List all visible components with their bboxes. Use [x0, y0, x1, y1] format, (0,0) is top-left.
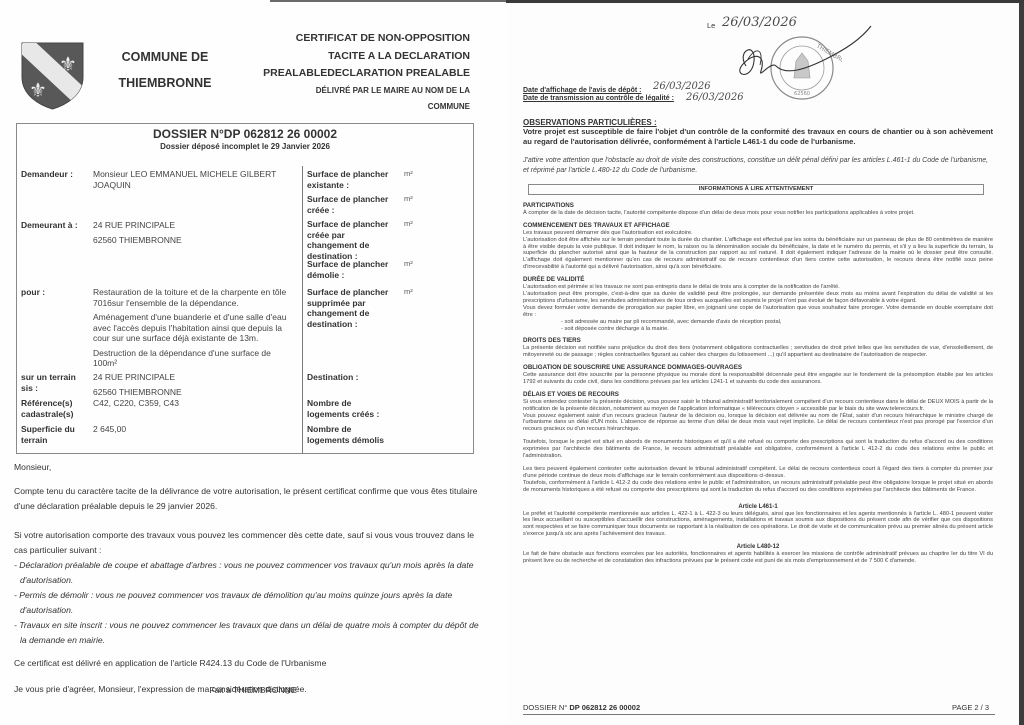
- label-pour: pour :: [21, 287, 91, 298]
- label-terrain: sur un terrain sis :: [21, 372, 81, 393]
- date-label: Le: [707, 21, 715, 30]
- value-pour: Restauration de la toiture et de la char…: [93, 287, 295, 373]
- section-title-assurance: OBLIGATION DE SOUSCRIRE UNE ASSURANCE DO…: [523, 365, 993, 372]
- page-number: PAGE 2 / 3: [952, 703, 989, 712]
- svg-text:62560: 62560: [794, 91, 810, 97]
- label-demeurant: Demeurant à :: [21, 220, 91, 231]
- section-title-validite: DURÉE DE VALIDITÉ: [523, 277, 993, 284]
- certificate-page-2: Le 26/03/2026 62560 THIEMBRONNE Date d'a…: [506, 0, 1024, 725]
- information-sections: PARTICIPATIONS À compter de la date de d…: [523, 203, 993, 565]
- section-title-recours: DÉLAIS ET VOIES DE RECOURS: [523, 392, 993, 399]
- case-abattage: - Déclaration préalable de coupe et abat…: [14, 558, 482, 588]
- coat-of-arms-icon: ⚜ ⚜: [20, 41, 85, 111]
- article-l480-12-title: Article L480-12: [523, 544, 993, 551]
- affichage-date-label: Date d'affichage de l'avis de dépôt :: [523, 87, 641, 94]
- column-divider: [302, 166, 303, 454]
- footer-dossier-number: DP 062812 26 00002: [569, 703, 640, 712]
- paragraph-tacit: Compte tenu du caractère tacite de la dé…: [14, 484, 482, 514]
- value-demeurant: 24 RUE PRINCIPALE 62560 THIEMBRONNE: [93, 220, 293, 249]
- label-destination: Destination :: [307, 372, 397, 383]
- paragraph-works: Si votre autorisation comporte des trava…: [14, 528, 482, 558]
- unit-surface-supprimee: m²: [404, 287, 413, 296]
- label-surface-creee: Surface de plancher créée :: [307, 194, 395, 215]
- unit-surface-changement: m²: [404, 219, 413, 228]
- value-terrain: 24 RUE PRINCIPALE 62560 THIEMBRONNE: [93, 372, 293, 401]
- label-superficie: Superficie du terrain: [21, 424, 81, 445]
- unit-surface-existante: m²: [404, 169, 413, 178]
- transmission-date-value: 26/03/2026: [686, 92, 744, 103]
- svg-text:⚜: ⚜: [29, 78, 47, 102]
- label-demandeur: Demandeur :: [21, 169, 91, 180]
- salutation: Monsieur,: [14, 462, 51, 472]
- certificate-title: CERTIFICAT DE NON-OPPOSITION TACITE A LA…: [250, 30, 470, 115]
- section-title-tiers: DROITS DES TIERS: [523, 338, 993, 345]
- case-site-inscrit: - Travaux en site inscrit : vous ne pouv…: [14, 618, 482, 648]
- case-demolir: - Permis de démolir : vous ne pouvez com…: [14, 588, 482, 618]
- signature-icon: [726, 21, 876, 91]
- transmission-date-label: Date de transmission au contrôle de léga…: [523, 95, 674, 102]
- label-surface-supprimee: Surface de plancher supprimée par change…: [307, 287, 389, 329]
- section-title-participations: PARTICIPATIONS: [523, 203, 993, 210]
- svg-text:⚜: ⚜: [59, 52, 77, 76]
- certificate-page-1: ⚜ ⚜ COMMUNE DE THIEMBRONNE CERTIFICAT DE…: [0, 0, 506, 725]
- label-logements-demolis: Nombre de logements démolis: [307, 424, 387, 445]
- scan-edge: [1019, 3, 1024, 725]
- label-surface-existante: Surface de plancher existante :: [307, 169, 395, 190]
- label-surface-changement: Surface de plancher créée par changement…: [307, 219, 389, 261]
- value-demandeur: Monsieur LEO EMMANUEL MICHELE GILBERT JO…: [93, 169, 293, 190]
- article-l461-1-title: Article L461-1: [523, 504, 993, 511]
- info-box-title: INFORMATIONS À LIRE ATTENTIVEMENT: [528, 184, 984, 195]
- affichage-date-value: 26/03/2026: [653, 81, 711, 92]
- dossier-deposit-date: Dossier déposé incomplet le 29 Janvier 2…: [17, 142, 473, 151]
- observations-text: Votre projet est susceptible de faire l'…: [523, 127, 993, 146]
- commune-name: COMMUNE DE THIEMBRONNE: [110, 44, 220, 96]
- value-superficie: 2 645,00: [93, 424, 293, 435]
- dossier-summary-box: DOSSIER N°DP 062812 26 00002 Dossier dép…: [16, 123, 474, 454]
- unit-surface-creee: m²: [404, 194, 413, 203]
- dossier-number: DOSSIER N°DP 062812 26 00002: [17, 127, 473, 141]
- paragraph-article: Ce certificat est délivré en application…: [14, 658, 326, 668]
- signoff-place: Fait à THIEMBRONNE: [0, 685, 506, 695]
- scan-edge: [270, 0, 506, 2]
- label-surface-demolie: Surface de plancher démolie :: [307, 259, 395, 280]
- unit-surface-demolie: m²: [404, 259, 413, 268]
- label-cadastre: Référence(s) cadastrale(s): [21, 398, 81, 419]
- observations-title: OBSERVATIONS PARTICULIÈRES :: [523, 118, 657, 127]
- page-footer: DOSSIER N° DP 062812 26 00002 PAGE 2 / 3: [523, 703, 995, 715]
- observations-note: J'attire votre attention que l'obstacle …: [523, 156, 993, 175]
- label-logements-crees: Nombre de logements créés :: [307, 398, 387, 419]
- value-cadastre: C42, C220, C359, C43: [93, 398, 293, 409]
- section-title-commencement: COMMENCEMENT DES TRAVAUX ET AFFICHAGE: [523, 223, 993, 230]
